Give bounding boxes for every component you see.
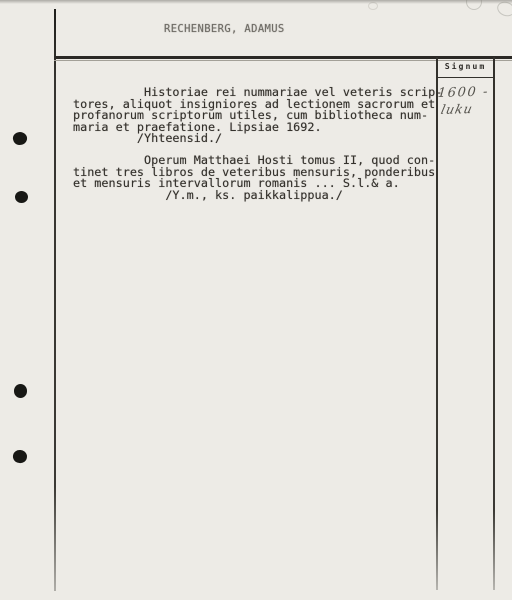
scan-smudge-mark <box>466 0 482 10</box>
header-rule-main <box>54 56 512 59</box>
author-heading: RECHENBERG, ADAMUS <box>164 23 285 35</box>
punch-hole <box>12 130 29 146</box>
punch-hole <box>12 449 27 463</box>
signum-header-underline <box>436 77 495 79</box>
punch-hole <box>15 191 28 203</box>
signum-column-header: Signum <box>437 61 494 71</box>
scan-smudge-mark <box>368 2 378 10</box>
signum-value-line: luku <box>440 100 512 117</box>
library-catalog-card: RECHENBERG, ADAMUS Signum 1600 - luku Hi… <box>0 0 512 600</box>
catalog-text-line: /Y.m., ks. paikkalippua./ <box>73 190 435 202</box>
scan-edge-shading <box>0 0 512 4</box>
left-margin-rule <box>54 9 56 591</box>
punch-hole <box>14 384 27 398</box>
signum-column-right-rule <box>493 57 495 590</box>
catalog-text-line: /Yhteensid./ <box>73 133 442 145</box>
signum-value-line: 1600 - <box>437 84 510 101</box>
catalog-entry-first: Historiae rei nummariae vel veteris scri… <box>73 87 442 145</box>
signum-handwritten-value: 1600 - luku <box>438 84 511 117</box>
catalog-entry-second: Operum Matthaei Hosti tomus II, quod con… <box>73 155 435 201</box>
